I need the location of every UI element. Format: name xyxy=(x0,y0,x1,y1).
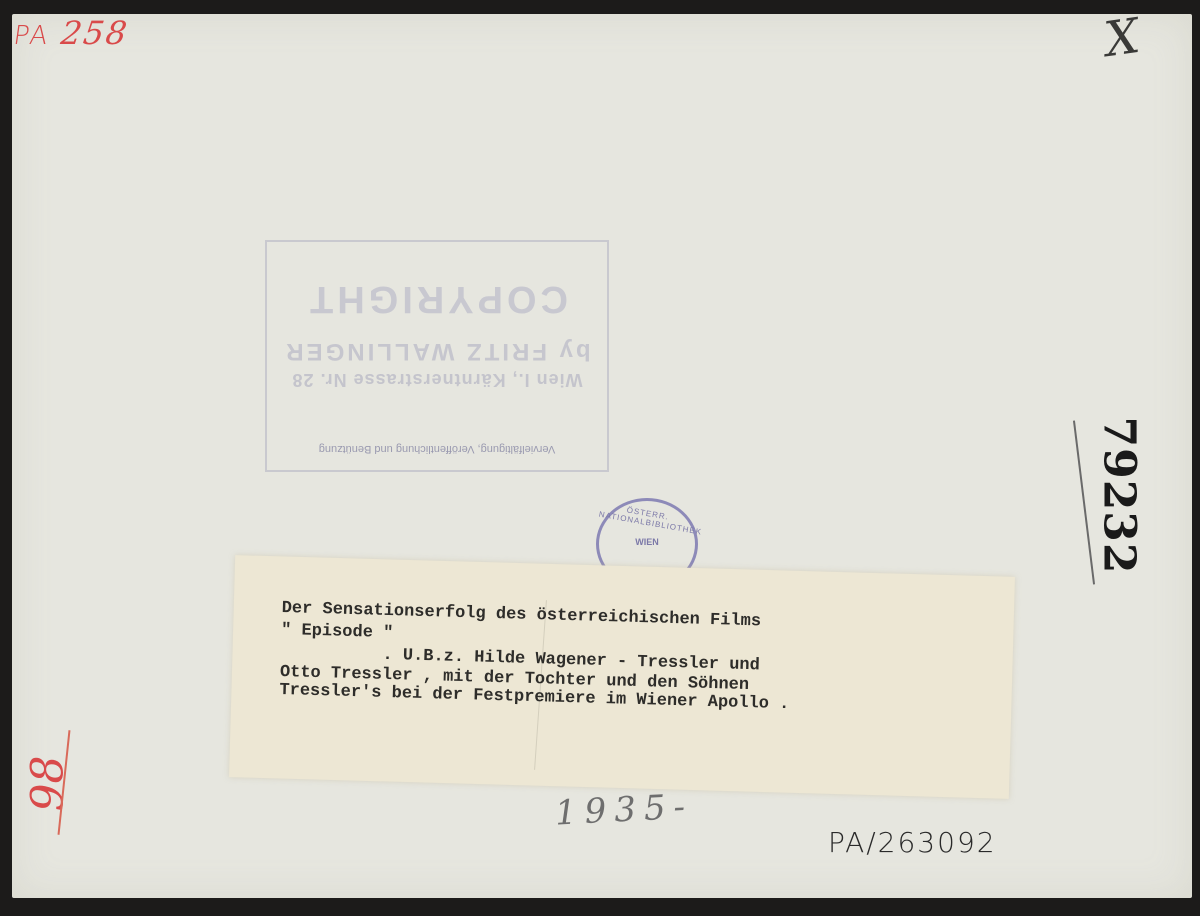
copyright-stamp-line1: COPYRIGHT xyxy=(267,277,607,320)
handwritten-archive-number: PA/263092 xyxy=(828,826,997,859)
copyright-stamp-line4: Vervielfältigung, Veröffentlichung und B… xyxy=(267,443,607,455)
pa-number: 258 xyxy=(59,14,131,52)
copyright-stamp: COPYRIGHT by FRITZ WALLINGER Wien I., Kä… xyxy=(265,240,609,472)
library-stamp-city: WIEN xyxy=(599,537,695,547)
handwritten-year: 1935- xyxy=(554,786,694,833)
copyright-stamp-line2: by FRITZ WALLINGER xyxy=(267,337,607,365)
copyright-stamp-line3: Wien I., Kärntnerstrasse Nr. 28 xyxy=(267,369,607,390)
inventory-number: 79232 xyxy=(1094,416,1145,574)
pa-prefix: PA xyxy=(11,21,51,51)
red-pencil-pa-number: PA 258 xyxy=(11,14,131,52)
typed-caption: Der Sensationserfolg des österreichische… xyxy=(279,598,1002,720)
